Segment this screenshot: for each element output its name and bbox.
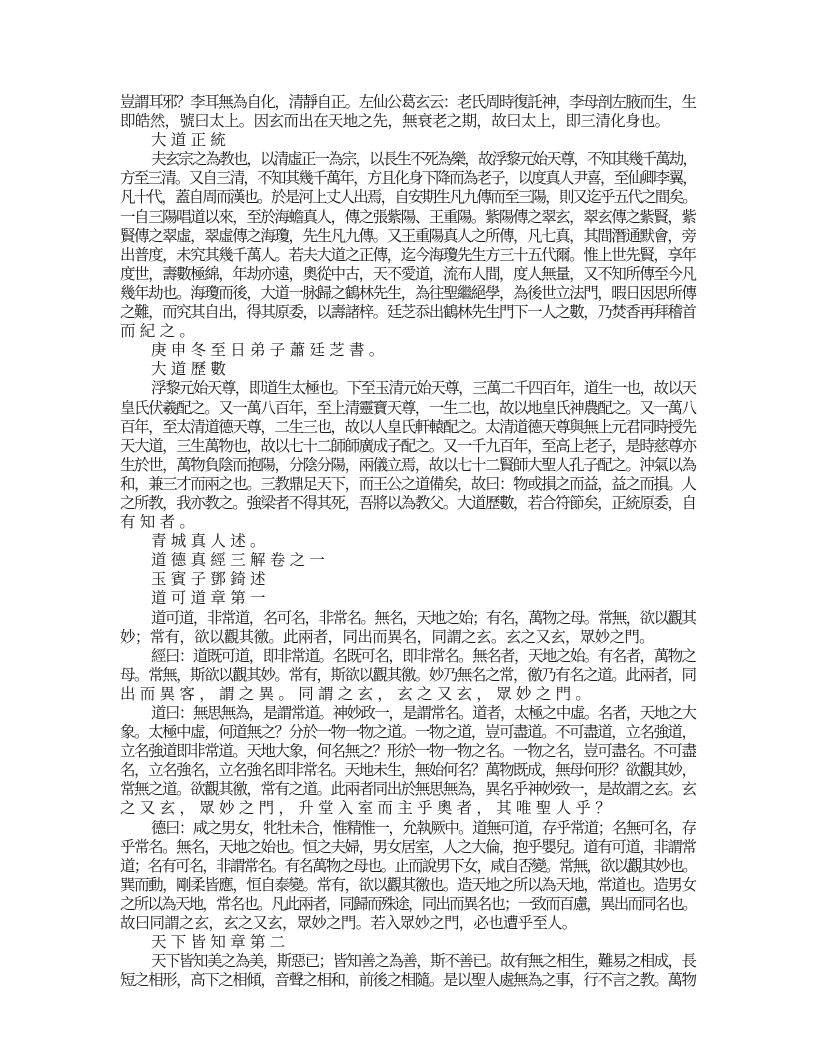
text-line: 浮黎元始天尊，即道生太極也。下至玉清元始天尊，三萬二千四百年，道生一也，故以天 (120, 379, 720, 398)
text-line: 經曰：道既可道，即非常道。名既可名，即非常名。無名者，天地之始。有名者，萬物之 (120, 647, 720, 666)
text-line: 象。太極中虛，何道無之？分於一物一物之道。一物之道，豈可盡道。不可盡道，立名強道… (120, 723, 720, 742)
text-line: 即皓然，號曰太上。因玄而出在天地之先，無衰老之期，故曰太上，即三清化身也。 (120, 112, 720, 131)
text-line: 百年，至太清道德天尊，二生三也，故以人皇氏軒轅配之。太清道德天尊與無上元君同時授… (120, 418, 720, 437)
text-line: 夫玄宗之為教也，以清虛正一為宗，以長生不死為樂，故浮黎元始天尊，不知其幾千萬劫， (120, 150, 720, 169)
text-line: 玉賓子鄧錡述 (120, 570, 720, 589)
text-line: 母。常無，斯欲以觀其妙。常有，斯欲以觀其徼。妙乃無名之常，徼乃有名之道。此兩者，… (120, 666, 720, 685)
text-line: 出普度，未究其幾千萬人。若夫大道之正傳，迄今海瓊先生方三十五代爾。惟上世先賢，享… (120, 246, 720, 265)
text-line: 德曰：咸之男女，牝牡未合，惟精惟一，允執厥中。道無可道，存乎常道；名無可名，存 (120, 819, 720, 838)
text-line: 而紀之。 (120, 322, 720, 341)
text-line: 常無之道。欲觀其徼，常有之道。此兩者同出於無思無為，異名乎神妙致一，是故謂之玄。… (120, 780, 720, 799)
text-line: 方至三清。又自三清，不知其幾千萬年，方且化身下降而為老子，以度真人尹喜，至仙卿李… (120, 169, 720, 188)
text-line: 短之相形，高下之相傾，音聲之相和，前後之相隨。是以聖人處無為之事，行不言之教。萬… (120, 971, 720, 990)
text-line: 道曰：無思無為，是謂常道。神妙政一，是謂常名。道者，太極之中虛。名者，天地之大 (120, 704, 720, 723)
text-line: 庚申冬至日弟子蕭廷芝書。 (120, 341, 720, 360)
text-line: 幾年劫也。海瓊而後，大道一脉歸之鶴林先生，為往聖繼絕學，為後世立法門，暇日因思所… (120, 284, 720, 303)
text-line: 生於世，萬物負陰而抱陽，分陰分陽，兩儀立焉，故以七十二賢師大聖人孔子配之。沖氣以… (120, 456, 720, 475)
text-line: 度世，壽數極綿，年劫亦遠，奧從中古，天不愛道，流布人間，度人無量，又不知所傳至今… (120, 265, 720, 284)
text-line: 賢傳之翠虛，翠虛傳之海瓊，先生凡九傳。又王重陽真人之所傳，凡七真，其間潛通默會，… (120, 227, 720, 246)
text-line: 巽而動，剛柔皆應，恒自泰變。常有，欲以觀其徼也。造天地之所以為天地，常道也。造男… (120, 876, 720, 895)
text-line: 道可道，非常道，名可名，非常名。無名，天地之始；有名，萬物之母。常無，欲以觀其 (120, 609, 720, 628)
text-line: 青城真人述。 (120, 532, 720, 551)
text-line: 之又玄，眾妙之門，升堂入室而主乎奧者，其唯聖人乎？ (120, 799, 720, 818)
text-line: 之所教，我亦教之。強梁者不得其死，吾將以為教父。大道歷數，若合符節矣，正統原委，… (120, 494, 720, 513)
text-line: 出而異客，謂之異。同謂之玄，玄之又玄，眾妙之門。 (120, 685, 720, 704)
text-line: 和，兼三才而兩之也。三教鼎足天下，而王公之道備矣，故曰：物或損之而益，益之而損。… (120, 475, 720, 494)
text-line: 天大道，三生萬物也，故以七十二師師廣成子配之。又一千九百年，至高上老子，是時慈尊… (120, 437, 720, 456)
text-line: 之難，而究其自出，得其原委，以壽諸梓。廷芝忝出鶴林先生門下一人之數，乃焚香再拜稽… (120, 303, 720, 322)
text-line: 立名強道即非常道。天地大象，何名無之？形於一物一物之名。一物之名，豈可盡名。不可… (120, 742, 720, 761)
text-line: 之所以為天地，常名也。凡此兩者，同歸而殊途，同出而異名也；一致而百慮，異出而同名… (120, 895, 720, 914)
document-page: 豈謂耳邪？李耳無為自化，清靜自正。左仙公葛玄云：老氏周時復託神，李母剖左腋而生，… (120, 93, 720, 990)
text-line: 妙；常有，欲以觀其徼。此兩者，同出而異名，同謂之玄。玄之又玄，眾妙之門。 (120, 628, 720, 647)
text-line: 名，立名強名，立名強名即非常名。天地未生，無始何名？萬物既成，無母何形？欲觀其妙… (120, 761, 720, 780)
text-line: 皇氏伏羲配之。又一萬八百年，至上清靈寶天尊，一生二也，故以地皇氏神農配之。又一萬… (120, 399, 720, 418)
text-line: 乎常名。無名，天地之始也。恒之夫婦，男女居室，人之大倫，抱乎嬰兒。道有可道，非謂… (120, 838, 720, 857)
section-heading: 天下皆知章第二 (120, 933, 720, 952)
section-heading: 道可道章第一 (120, 589, 720, 608)
text-line: 一自三陽唱道以來，至於海蟾真人，傳之張紫陽、王重陽。紫陽傳之翠玄，翠玄傳之紫賢，… (120, 208, 720, 227)
section-heading: 道德真經三解卷之一 (120, 551, 720, 570)
section-heading: 大道正統 (120, 131, 720, 150)
text-line: 有知者。 (120, 513, 720, 532)
text-line: 凡十代，蓋自周而漢也。於是河上丈人出焉，自安期生凡九傳而至三陽，則又迄乎五代之間… (120, 188, 720, 207)
text-line: 豈謂耳邪？李耳無為自化，清靜自正。左仙公葛玄云：老氏周時復託神，李母剖左腋而生，… (120, 93, 720, 112)
text-line: 故曰同謂之玄，玄之又玄，眾妙之門。若入眾妙之門，必也遭乎至人。 (120, 914, 720, 933)
text-line: 天下皆知美之為美，斯惡已；皆知善之為善，斯不善已。故有無之相生，難易之相成，長 (120, 952, 720, 971)
section-heading: 大道歷數 (120, 360, 720, 379)
text-line: 道；名有可名，非謂常名。有名萬物之母也。止而說男下女，咸自否變。常無，欲以觀其妙… (120, 857, 720, 876)
